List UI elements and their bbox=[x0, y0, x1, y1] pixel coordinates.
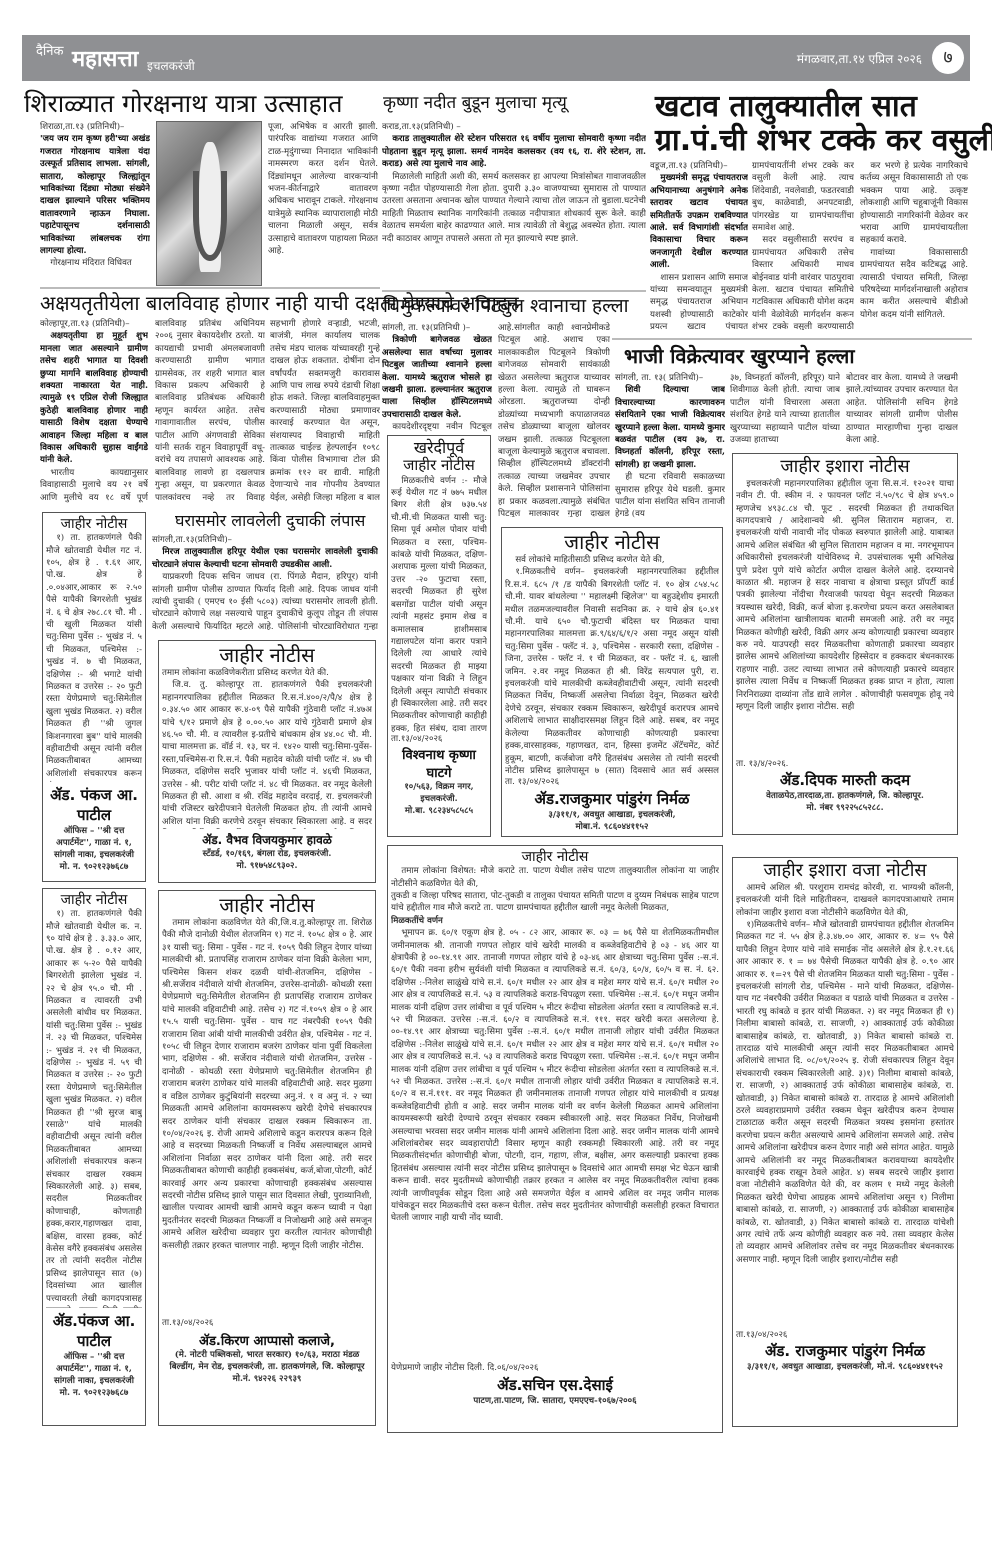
notice-right-1: जाहीर इशारा नोटीस इचलकरंजी महानगरपालिका … bbox=[732, 453, 958, 835]
page-number-badge: ७ bbox=[932, 42, 964, 74]
signatory: ॲड.सचिन एस.देसाई bbox=[391, 1375, 719, 1395]
divider bbox=[40, 287, 380, 289]
notice-kharedipurva: खरेदीपूर्व जाहीर नोटीस मिळकतीचे वर्णन :-… bbox=[387, 435, 491, 837]
story-khatav-col1: वडूज,ता.१३ (प्रतिनिधी)– मुख्यमंत्री समृद… bbox=[650, 160, 748, 330]
signatory: ॲड.दिपक मारुती कदम bbox=[736, 770, 954, 790]
notice-body: १) ता. हातकणंगले पैकी मौजे खोतवाडी येथील… bbox=[46, 908, 142, 1308]
address: ऑफिस – ''श्री दत्त अपार्टमेंट'', गाळा नं… bbox=[46, 825, 142, 861]
story-pitbull-col2: आहे.सांगलीत काही श्वानप्रेमीकडे पिटबूल आ… bbox=[498, 322, 610, 517]
notice-title: जाहीर नोटीस bbox=[46, 892, 142, 908]
notice-title: जाहीर नोटीस bbox=[162, 894, 372, 917]
signatory: ॲड. पंकज आ. पाटील bbox=[46, 785, 142, 825]
notice-title-line2: जाहीर नोटीस bbox=[391, 457, 487, 474]
body: भारतीय कायद्यानुसार विवाहासाठी मुलाचे वय… bbox=[40, 467, 148, 504]
notice-title: जाहीर इशारा नोटीस bbox=[736, 457, 954, 478]
notice-center-4: जाहीर नोटीस तमाम लोकांना विशेषत: मौजे कर… bbox=[387, 845, 723, 1433]
address: ३/३११/१, अवधुत आखाडा, इचलकरंजी, मो.नं. ९… bbox=[736, 1361, 954, 1373]
notice-body: भूमापन क्र. ६०/१ एकूण क्षेत्र हे. ०५ - ८… bbox=[391, 927, 719, 1362]
headline-khatav-line1: खटाव तालुक्यातील सात bbox=[655, 90, 917, 123]
issue-date: मंगळवार,ता.१४ एप्रिल २०२६ bbox=[797, 50, 922, 67]
headline-krishna: कृष्णा नदीत बुडून मुलाचा मृत्यू bbox=[383, 94, 567, 113]
lead: अक्षयतृतीया हा मुहूर्त शुभ मानला जात असल… bbox=[40, 330, 148, 466]
notice-title-line1: खरेदीपूर्व bbox=[391, 439, 487, 457]
dateline: वडूज,ता.१३ (प्रतिनिधी)– bbox=[650, 160, 748, 172]
story-bhaji-col3: बोटावर वार केला. यामध्ये ते जखमी झाले.त्… bbox=[846, 372, 958, 452]
story-krishna: कराड,ता.१३(प्रतिनिधी) – कराड तालुक्यातील… bbox=[382, 121, 646, 284]
dateline: कोल्हापूर,ता.१३ (प्रतिनिधी)– bbox=[40, 318, 148, 330]
body: मिळालेली माहिती अशी की, समर्थ कलसकर हा आ… bbox=[382, 171, 646, 245]
notice-date: ता. १३/४/२०२६. bbox=[736, 758, 954, 770]
notice-intro: आमचे अशिल श्री. परशुराम रामचंद्र कोरवी, … bbox=[736, 882, 954, 919]
signatory: ॲड. राजकुमार पांडुरंग निर्मळ bbox=[736, 1341, 954, 1361]
notice-body: १) ता. हातकणंगले पैकी मौजे खोतवाडी येथील… bbox=[46, 532, 142, 782]
phone: मोबा.नं. ९८६०४४११५२ bbox=[505, 821, 719, 833]
notice-body: जि.व. तु. कोल्हापूर ता. हातकणंगले पैकी इ… bbox=[162, 679, 372, 829]
notice-title: जाहीर इशारा वजा नोटीस bbox=[736, 861, 954, 882]
dateline: सांगली, ता. १३( प्रतिनिधी)– bbox=[615, 372, 725, 384]
phone: मो. ९१७५४८९३०२. bbox=[162, 860, 372, 872]
masthead: दैनिक महासत्ता इचलकरंजी मंगळवार,ता.१४ एप… bbox=[22, 35, 970, 81]
notice-center-1: जाहीर नोटीस तमाम लोकांना कळविणेकरीता प्र… bbox=[158, 640, 376, 883]
notice-date: ता. १३/०४/२०२६ bbox=[505, 776, 719, 788]
story-gorakshnath-col2: पूजा, अभिषेक व आरती झाली. पारंपरिक वाद्य… bbox=[268, 121, 378, 286]
notice-title: जाहीर नोटीस bbox=[391, 849, 719, 865]
brand-prefix: दैनिक bbox=[36, 41, 63, 59]
address: वेताळपेठ,तारदाळ,ता. हातकणंगले, जि. कोल्ह… bbox=[736, 790, 954, 802]
body: गोरक्षनाथ मंदिरात विधिवत bbox=[40, 257, 150, 269]
notice-center-2: जाहीर नोटीस तमाम लोकांना कळविणेत येते की… bbox=[158, 890, 376, 1426]
story-bhaji-col1: सांगली, ता. १३( प्रतिनिधी)– शिवी दिल्याच… bbox=[615, 372, 725, 522]
phone: मो. न. ९०२१२३७६८७ bbox=[46, 1387, 142, 1399]
story-balvivah-col1: कोल्हापूर,ता.१३ (प्रतिनिधी)– अक्षयतृतीया… bbox=[40, 318, 148, 504]
notice-title: जाहीर नोटीस bbox=[505, 531, 719, 554]
notice-closing: येणेप्रमाणे जाहीर नोटीस दिली. दि.०६/०४/२… bbox=[391, 1362, 719, 1374]
notice-left-1: जाहीर नोटीस १) ता. हातकणंगले पैकी मौजे ख… bbox=[42, 512, 146, 882]
address: १०/५६३, विक्रम नगर, इचलकरंजी. bbox=[391, 781, 487, 805]
phone: मो. न. ९०२१२३७६८७ bbox=[46, 861, 142, 873]
notice-right-2: जाहीर इशारा वजा नोटीस आमचे अशिल श्री. पर… bbox=[732, 857, 958, 1427]
notice-body: १.मिळकतीचे वर्णन– इचलकरंजी महानगरपालिका … bbox=[505, 566, 719, 776]
lead: मिरज तालुक्यातील हरिपूर येथील एका घरासमो… bbox=[152, 546, 378, 571]
lead: त्रिकोणी बागेजवळ खेळत असलेल्या सात वर्षा… bbox=[382, 334, 492, 421]
notice-para2: तुकडी व जिल्हा परिषद सातारा, पोट-तुकडी व… bbox=[391, 890, 719, 915]
notice-date: ता.१३/०४/२०२६ bbox=[162, 1317, 372, 1329]
story-pitbull-col1: सांगली, ता. १३(प्रतिनिधी )– त्रिकोणी बाग… bbox=[382, 322, 492, 432]
phone: मो. नंबर ९९२२५८५२८८. bbox=[736, 802, 954, 814]
story-bhaji-col2: ३७, विघ्नहर्ता कॉलनी, हरिपूर) याने शिवीग… bbox=[730, 372, 840, 452]
signatory: विश्वनाथ कृष्णा घाटगे bbox=[391, 745, 487, 781]
headline-gorakshnath: शिराळ्यात गोरक्षनाथ यात्रा उत्साहात bbox=[24, 90, 343, 118]
notice-intro: सर्व लोकांचे माहितीसाठी प्रसिध्द करणेत य… bbox=[505, 554, 719, 566]
headline-khatav-line2: ग्रा.पं.ची शंभर टक्के कर वसुली bbox=[655, 124, 992, 157]
garland bbox=[193, 171, 226, 261]
headline-pitbull: चिमुकल्यावर पिटबुल श्वानाचा हल्ला bbox=[383, 296, 629, 317]
body: ग्रामपंचायतींनी शंभर टक्के कर वसुली केली… bbox=[752, 160, 854, 234]
divider bbox=[382, 290, 646, 292]
signatory: ॲड. वैभव विजयकुमार हावळे bbox=[162, 831, 372, 848]
dateline: सांगली,ता.१३(प्रतिनिधी)– bbox=[152, 534, 378, 546]
body: याप्रकरणी दिपक सचिन जाधव (रा. पिंगळे मैद… bbox=[152, 571, 378, 630]
body: सदर वसुलीसाठी सरपंच व ग्रामपंचायत अधिकार… bbox=[752, 234, 854, 330]
dateline: कराड,ता.१३(प्रतिनिधी) – bbox=[382, 121, 646, 133]
notice-center-3: जाहीर नोटीस सर्व लोकांचे माहितीसाठी प्रस… bbox=[501, 527, 723, 837]
notice-subhead: मिळकतींचे वर्णन bbox=[391, 915, 719, 927]
dateline: सांगली, ता. १३(प्रतिनिधी )– bbox=[382, 322, 492, 334]
story-khatav-col3: कर भरणे हे प्रत्येक नागरिकाचे कर्तव्य अस… bbox=[860, 160, 968, 330]
body: गावांच्या विकासासाठी ग्रामपंचायत सदैव कट… bbox=[860, 247, 968, 321]
notice-body: १)मिळकतीचे वर्णन– मौजे खोतवाडी ग्रामपंचा… bbox=[736, 919, 954, 1329]
story-gorakshnath-col1: शिराळा,ता.१३ (प्रतिनिधी)– 'जय जय राम कृष… bbox=[40, 121, 150, 284]
address: पाटण,ता.पाटण, जि. सातारा, एमएएच-१०६७/२००… bbox=[391, 1395, 719, 1407]
body: कर भरणे हे प्रत्येक नागरिकाचे कर्तव्य अस… bbox=[860, 160, 968, 247]
headline-duchaki: घरासमोर लावलेली दुचाकी लंपास bbox=[175, 512, 365, 530]
address: स्टॅंडर्ड, १०/१६९, बंगला रोड, इचलकरंजी. bbox=[162, 848, 372, 860]
notice-intro: तमाम लोकांना कळविणेकरीता प्रसिध्द करणेत … bbox=[162, 667, 372, 679]
lead: शिवी दिल्याचा जाब विचारल्याच्या कारणावरु… bbox=[615, 384, 725, 471]
notice-body: मिळकतीचे वर्णन :- मौजे रूई येथील गट नं ७… bbox=[391, 475, 487, 733]
body: शासन प्रशासन आणि समाज यांच्या समन्वयातून… bbox=[650, 272, 748, 330]
body: ही घटना रविवारी सकाळच्या सुमारास हरिपूर … bbox=[615, 471, 725, 521]
body: कायदेशीरदृष्ट्या नवीन पिटबूल पाळणे किंवा… bbox=[382, 421, 492, 432]
notice-body: इचलकरंजी महानगरपालिका हद्दीतील जूना सि.स… bbox=[736, 478, 954, 758]
phone: मो.बा. ९८२३४५८५८५ bbox=[391, 805, 487, 817]
lead: मुख्यमंत्री समृद्ध पंचायतराज अभियानाच्या… bbox=[650, 172, 748, 271]
notice-body: तमाम लोकांना कळविणेत येते की,जि.व.तु.कोल… bbox=[162, 917, 372, 1317]
address: ३/३११/१, अवधुत आखाडा, इचलकरंजी, bbox=[505, 809, 719, 821]
story-duchaki: सांगली,ता.१३(प्रतिनिधी)– मिरज तालुक्याती… bbox=[152, 534, 378, 630]
dateline: शिराळा,ता.१३ (प्रतिनिधी)– bbox=[40, 121, 150, 133]
signatory: ॲड.किरण आप्पासो कलाजे, bbox=[162, 1331, 372, 1349]
lead: 'जय जय राम कृष्ण हरी'च्या अखंड गजरात गोर… bbox=[40, 134, 150, 256]
story-khatav-col2: ग्रामपंचायतींनी शंभर टक्के कर वसुली केली… bbox=[752, 160, 854, 330]
signatory: ॲड.पंकज आ. पाटील bbox=[46, 1311, 142, 1351]
address: (मे. नोटरी पब्लिकसो, भारत सरकार) १०/६३, … bbox=[162, 1349, 372, 1373]
phone: मो.नं. ९४२२६ २२९३९ bbox=[162, 1373, 372, 1385]
divider bbox=[612, 338, 972, 340]
notice-intro: तमाम लोकांना विशेषत: मौजे कराटे ता. पाटण… bbox=[391, 865, 719, 890]
notice-title: जाहीर नोटीस bbox=[46, 516, 142, 532]
notice-date: ता.१३/०४/२०२६ bbox=[736, 1329, 954, 1341]
notice-title: जाहीर नोटीस bbox=[162, 644, 372, 667]
address: ऑफिस – ''श्री दत्त अपार्टमेंट'', गाळा नं… bbox=[46, 1351, 142, 1387]
photo-gorakshnath-idol bbox=[156, 121, 262, 286]
lead: कराड तालुक्यातील शेरे स्टेशन परिसरात १६ … bbox=[382, 133, 646, 170]
story-balvivah-col2: बालविवाह प्रतिबंध अधिनियम २००६ नुसार बेक… bbox=[155, 318, 265, 504]
brand-name: महासत्ता bbox=[72, 43, 138, 73]
story-balvivah-col3: सहभागी होणारे वऱ्हाडी, भटजी, बाजंत्री, म… bbox=[270, 318, 380, 504]
notice-date: ता.१३/०४/२०२६ bbox=[391, 733, 487, 745]
headline-bhaji: भाजी विक्रेत्यावर खुरप्याने हल्ला bbox=[624, 345, 855, 367]
notice-left-2: जाहीर नोटीस १) ता. हातकणंगले पैकी मौजे ख… bbox=[42, 888, 146, 1426]
brand-city: इचलकरंजी bbox=[147, 57, 195, 74]
signatory: ॲड.राजकुमार पांडुरंग निर्मळ bbox=[505, 789, 719, 809]
